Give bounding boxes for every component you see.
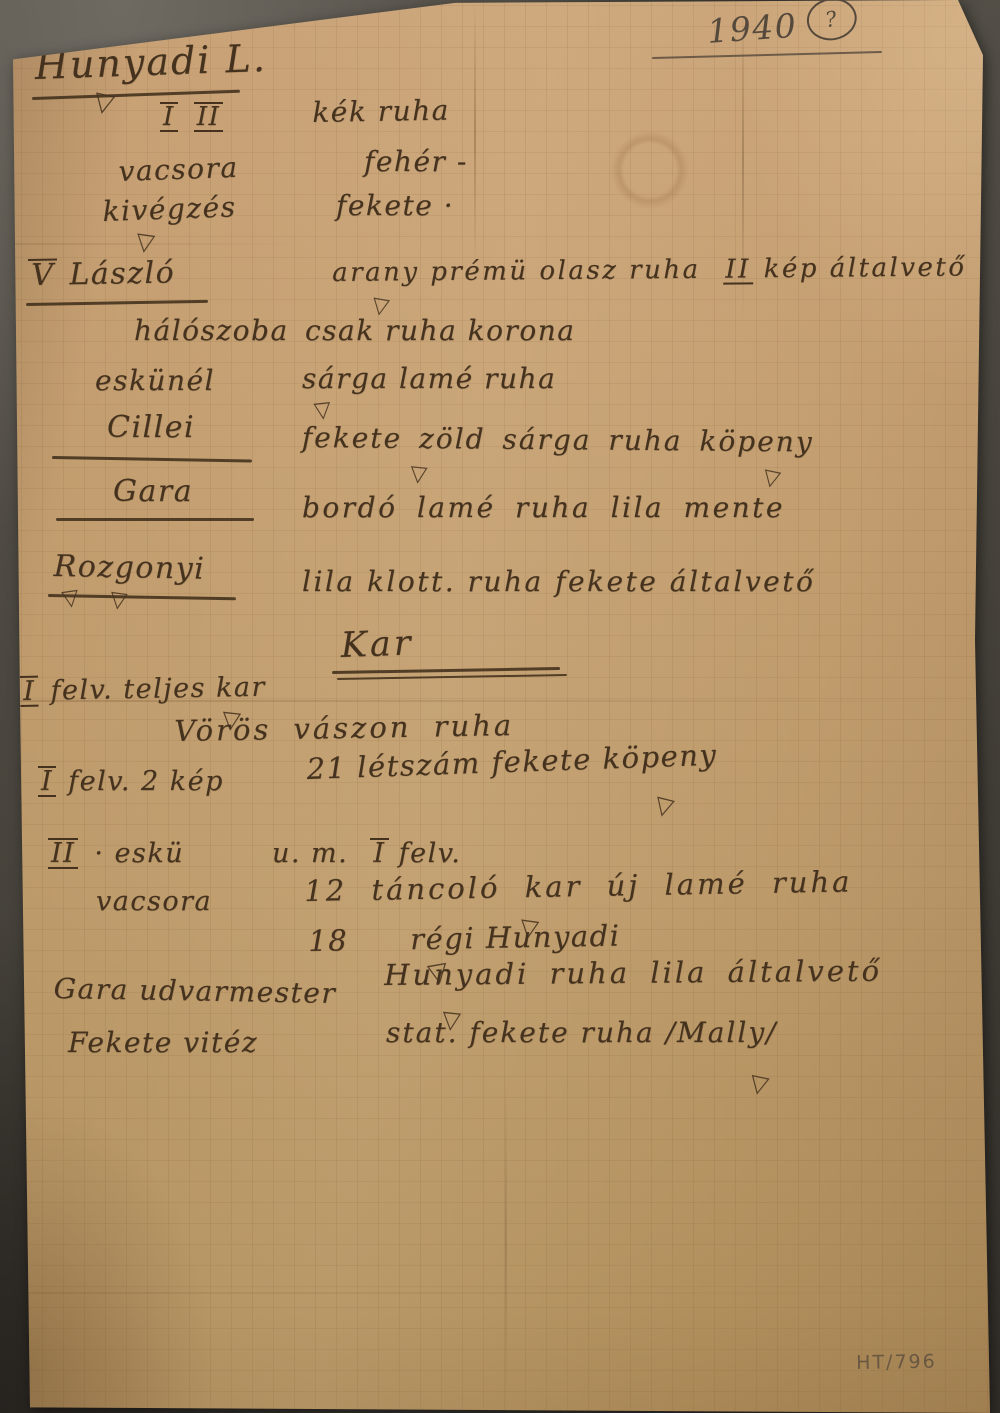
costume-note: bordó lamé ruha lila mente [302, 491, 785, 524]
costume-text: kép általvető [764, 252, 967, 284]
underline-stroke [332, 667, 560, 674]
underline-stroke [52, 456, 252, 462]
question-mark-circle: ? [804, 0, 861, 44]
costume-note: fehér - [364, 145, 468, 178]
chorus-count: 18 [308, 923, 348, 958]
role-label: kivégzés [102, 190, 237, 228]
chorus-heading: Kar [340, 623, 414, 666]
role-label-acts: III [160, 102, 223, 132]
underline-stroke [32, 90, 240, 100]
crease-line [474, 0, 476, 270]
costume-note: fekete zöld sárga ruha köpeny [302, 421, 814, 458]
checkmark-icon: ▽ [134, 227, 156, 257]
costume-note: stat. fekete ruha /Mally/ [386, 1016, 778, 1049]
role-label: Gara [113, 474, 193, 509]
costume-note: 18régi Hunyadi [308, 919, 621, 958]
roman-numeral: I [20, 676, 39, 707]
chorus-label: Gara udvarmester [53, 972, 336, 1010]
chorus-label-text: · eskü [94, 838, 184, 869]
costume-note: 21 létszám fekete köpeny [306, 738, 718, 786]
role-label: hálószoba [134, 314, 289, 347]
roman-numeral: I [370, 838, 388, 867]
costume-note: fekete · [336, 189, 454, 222]
roman-numeral: II [194, 102, 224, 132]
chorus-label: II· eskü [48, 838, 184, 869]
costume-text: felv. [399, 838, 462, 869]
crease-line [0, 1292, 1000, 1294]
checkmark-icon: ▽ [652, 790, 677, 822]
role-label: eskünél [95, 364, 215, 397]
role-label: Rozgonyi [53, 549, 205, 587]
checkmark-icon: ▽ [747, 1068, 771, 1099]
paper-shadow: 1940? Hunyadi L. ▽ III kék ruha vacsora … [0, 0, 1000, 1413]
checkmark-icon: ▽ [91, 86, 117, 120]
costume-note: sárga lamé ruha [302, 362, 556, 395]
roman-numeral: I [160, 102, 178, 132]
year-text: 1940 [706, 6, 798, 51]
inventory-number: HT/796 [856, 1351, 937, 1374]
checkmark-icon: ▽ [761, 465, 783, 493]
costume-note: arany prémü olasz ruha II kép általvető [332, 252, 967, 288]
costume-note: u. m. I felv. [272, 838, 461, 869]
underline-stroke [337, 674, 567, 680]
manuscript-title: Hunyadi L. [34, 36, 267, 88]
costume-note: kék ruha [312, 94, 450, 129]
roman-numeral: I [38, 766, 56, 797]
costume-note: lila klott. ruha fekete általvető [302, 565, 815, 598]
checkmark-icon: ▽ [60, 585, 80, 612]
roman-numeral: V [28, 258, 58, 291]
costume-text: u. m. [272, 838, 348, 869]
chorus-label-text: felv. 2 kép [68, 766, 224, 797]
checkmark-icon: ▽ [108, 587, 128, 614]
costume-note: Hunyadi ruha lila általvető [384, 954, 882, 992]
chorus-label: Ifelv. teljes kar [20, 672, 266, 707]
checkmark-icon: ▽ [409, 461, 428, 488]
chorus-label: Ifelv. 2 kép [38, 766, 224, 797]
underline-stroke [56, 518, 254, 521]
role-label-laszlo: VLászló [28, 255, 175, 293]
costume-note: Vörös vászon ruha [174, 708, 514, 748]
checkmark-icon: ▽ [313, 397, 332, 424]
year-annotation: 1940? [706, 2, 859, 57]
costume-note: csak ruha korona [305, 314, 575, 347]
chorus-label: Fekete vitéz [68, 1026, 258, 1059]
photo-backdrop: 1940? Hunyadi L. ▽ III kék ruha vacsora … [0, 0, 1000, 1413]
costume-text: arany prémü olasz ruha [332, 255, 701, 288]
roman-numeral: II [48, 838, 78, 869]
chorus-label: vacsora [96, 886, 212, 917]
chorus-label-text: felv. teljes kar [50, 672, 266, 707]
role-label: vacsora [118, 151, 239, 188]
role-label: Cillei [107, 410, 195, 445]
manuscript-page: 1940? Hunyadi L. ▽ III kék ruha vacsora … [0, 0, 1000, 1413]
roman-numeral: II [723, 256, 753, 284]
crease-line [505, 1080, 507, 1410]
costume-note: 12 táncoló kar új lamé ruha [304, 864, 853, 908]
underline-stroke [26, 300, 208, 306]
role-name: László [69, 255, 175, 292]
costume-text: régi Hunyadi [410, 919, 621, 957]
